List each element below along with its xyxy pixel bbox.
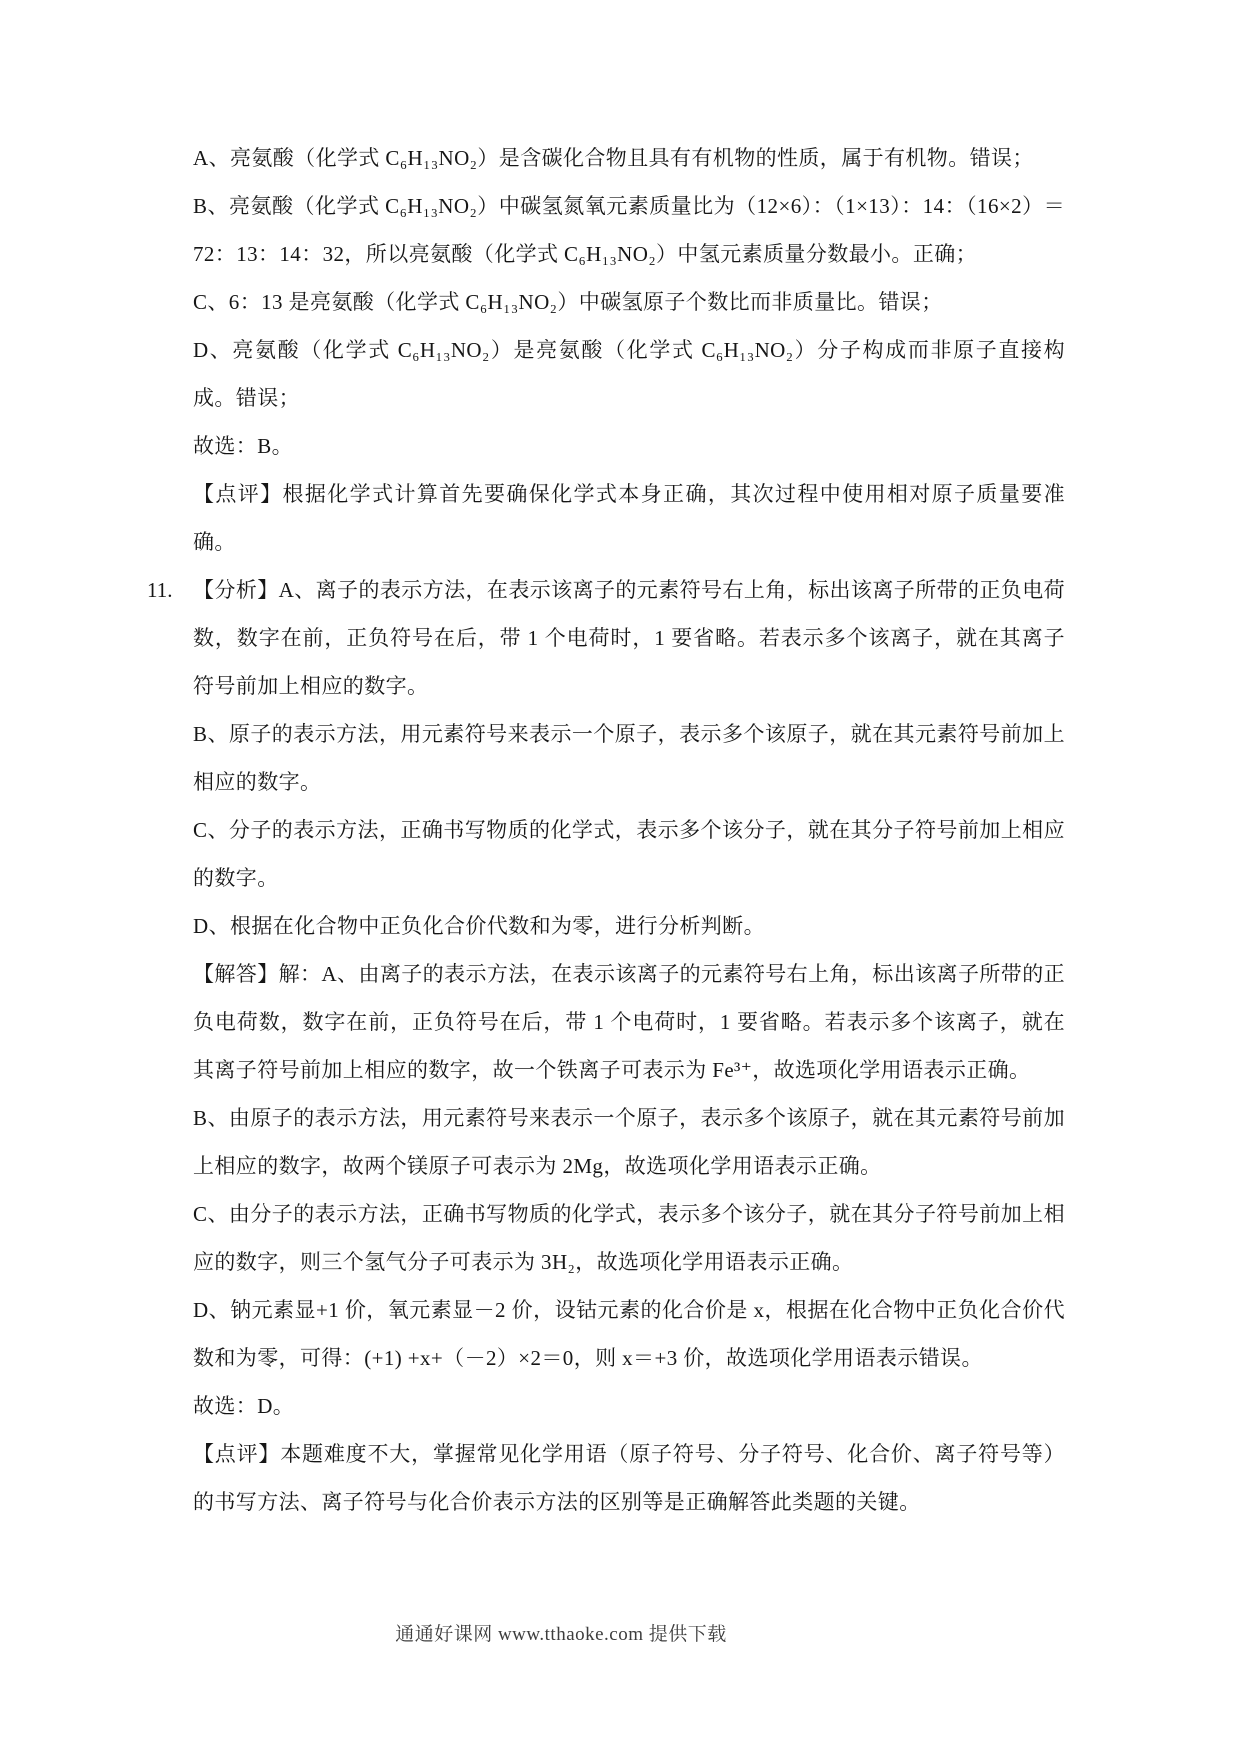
paragraph-q11-analysis-b: B、原子的表示方法，用元素符号来表示一个原子，表示多个该原子，就在其元素符号前加…: [193, 710, 1065, 806]
footer-watermark: 通通好课网 www.tthaoke.com 提供下载: [0, 1620, 1122, 1650]
paragraph-text: C、6：13 是亮氨酸（化学式 C₆H₁₃NO₂）中碳氢原子个数比而非质量比。错…: [193, 290, 943, 314]
answer-explanation-block: A、亮氨酸（化学式 C₆H₁₃NO₂）是含碳化合物且具有有机物的性质，属于有机物…: [193, 134, 1065, 1526]
paragraph-q11-solution-a: 【解答】解：A、由离子的表示方法，在表示该离子的元素符号右上角，标出该离子所带的…: [193, 950, 1065, 1094]
paragraph-text: 【分析】A、离子的表示方法，在表示该离子的元素符号右上角，标出该离子所带的正负电…: [193, 578, 1065, 698]
paragraph-text: B、亮氨酸（化学式 C₆H₁₃NO₂）中碳氢氮氧元素质量比为（12×6）：（1×…: [193, 194, 1065, 266]
paragraph-q11-solution-d: D、钠元素显+1 价，氧元素显－2 价，设钴元素的化合价是 x，根据在化合物中正…: [193, 1286, 1065, 1382]
paragraph-q10-option-b: B、亮氨酸（化学式 C₆H₁₃NO₂）中碳氢氮氧元素质量比为（12×6）：（1×…: [193, 182, 1065, 278]
question-number: 11.: [147, 566, 193, 614]
footer-text: 通通好课网 www.tthaoke.com 提供下载: [395, 1624, 727, 1645]
paragraph-text: 【解答】解：A、由离子的表示方法，在表示该离子的元素符号右上角，标出该离子所带的…: [193, 962, 1065, 1082]
paragraph-q11-analysis-a: 11.【分析】A、离子的表示方法，在表示该离子的元素符号右上角，标出该离子所带的…: [193, 566, 1065, 710]
paragraph-q10-option-d: D、亮氨酸（化学式 C₆H₁₃NO₂）是亮氨酸（化学式 C₆H₁₃NO₂）分子构…: [193, 326, 1065, 422]
paragraph-text: 故选：D。: [193, 1394, 294, 1418]
paragraph-q10-option-c: C、6：13 是亮氨酸（化学式 C₆H₁₃NO₂）中碳氢原子个数比而非质量比。错…: [193, 278, 1065, 326]
paragraph-text: B、原子的表示方法，用元素符号来表示一个原子，表示多个该原子，就在其元素符号前加…: [193, 722, 1065, 794]
paragraph-q11-comment: 【点评】本题难度不大，掌握常见化学用语（原子符号、分子符号、化合价、离子符号等）…: [193, 1430, 1065, 1526]
paragraph-text: A、亮氨酸（化学式 C₆H₁₃NO₂）是含碳化合物且具有有机物的性质，属于有机物…: [193, 146, 1034, 170]
paragraph-q11-solution-b: B、由原子的表示方法，用元素符号来表示一个原子，表示多个该原子，就在其元素符号前…: [193, 1094, 1065, 1190]
paragraph-q10-answer: 故选：B。: [193, 422, 1065, 470]
paragraph-text: D、根据在化合物中正负化合价代数和为零，进行分析判断。: [193, 914, 765, 938]
paragraph-text: D、亮氨酸（化学式 C₆H₁₃NO₂）是亮氨酸（化学式 C₆H₁₃NO₂）分子构…: [193, 338, 1065, 410]
paragraph-q10-comment: 【点评】根据化学式计算首先要确保化学式本身正确，其次过程中使用相对原子质量要准确…: [193, 470, 1065, 566]
paragraph-q11-solution-c: C、由分子的表示方法，正确书写物质的化学式，表示多个该分子，就在其分子符号前加上…: [193, 1190, 1065, 1286]
paragraph-text: C、分子的表示方法，正确书写物质的化学式，表示多个该分子，就在其分子符号前加上相…: [193, 818, 1065, 890]
paragraph-q10-option-a: A、亮氨酸（化学式 C₆H₁₃NO₂）是含碳化合物且具有有机物的性质，属于有机物…: [193, 134, 1065, 182]
paragraph-text: 故选：B。: [193, 434, 293, 458]
paragraph-q11-answer: 故选：D。: [193, 1382, 1065, 1430]
document-page: A、亮氨酸（化学式 C₆H₁₃NO₂）是含碳化合物且具有有机物的性质，属于有机物…: [0, 0, 1240, 1754]
paragraph-q11-analysis-d: D、根据在化合物中正负化合价代数和为零，进行分析判断。: [193, 902, 1065, 950]
paragraph-text: 【点评】本题难度不大，掌握常见化学用语（原子符号、分子符号、化合价、离子符号等）…: [193, 1442, 1065, 1514]
paragraph-text: 【点评】根据化学式计算首先要确保化学式本身正确，其次过程中使用相对原子质量要准确…: [193, 482, 1065, 554]
paragraph-text: B、由原子的表示方法，用元素符号来表示一个原子，表示多个该原子，就在其元素符号前…: [193, 1106, 1065, 1178]
paragraph-text: D、钠元素显+1 价，氧元素显－2 价，设钴元素的化合价是 x，根据在化合物中正…: [193, 1298, 1065, 1370]
paragraph-q11-analysis-c: C、分子的表示方法，正确书写物质的化学式，表示多个该分子，就在其分子符号前加上相…: [193, 806, 1065, 902]
paragraph-text: C、由分子的表示方法，正确书写物质的化学式，表示多个该分子，就在其分子符号前加上…: [193, 1202, 1065, 1274]
